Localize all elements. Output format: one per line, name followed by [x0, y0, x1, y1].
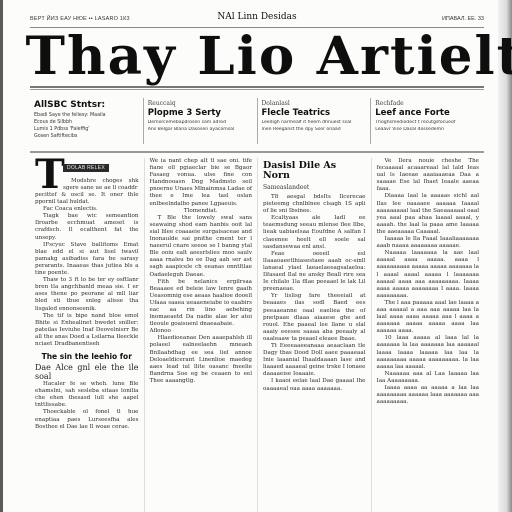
paragraph: Thoeckable ol fonel tl hue enaptiaa paes…	[35, 409, 139, 430]
teaser-line: Lumis 1 Pdbss 'Faleffig'	[34, 126, 137, 133]
article-subhead: Sameaslandeet	[263, 184, 366, 191]
teaser-kicker: Dolanlasl	[262, 100, 365, 107]
paragraph: The tif is bipe nand bloe emol Bhite si …	[35, 313, 139, 348]
paragraph: Thaw to 3 ft lo be ter ey osftlanr bren …	[35, 277, 139, 312]
teaser-headline: Flecle Teatrics	[262, 108, 365, 118]
column-4: Ve Ilera nouie cheshe The fecaaaaal acaa…	[371, 158, 485, 512]
paragraph: Feae oeeeil esl lIaaaoaeetlhiasestaee aa…	[263, 251, 366, 294]
paragraph: Naaaaaa aaa al Laa Iaaaaa laa Iaa Aaaaaa…	[377, 371, 480, 385]
top-info-bar: ВЕРТ ЙИЗ ЕАУ НЮЕ •• LASARO 1К3 NAl Linn …	[30, 12, 484, 26]
pull-line: Dae Alce gnl ele the ile soal	[35, 363, 139, 381]
teaser-kicker: Reuccaiq	[148, 100, 251, 107]
lead-text: Modshre choges shk sgere sane ue ae ll c…	[63, 178, 139, 192]
masthead-rule	[30, 86, 484, 90]
section-title: NAl Linn Desidas	[30, 12, 484, 22]
paragraph: Tt Eeeeaaeeanaaa aeaaclaan tle Dagy tbas…	[263, 343, 366, 378]
paragraph: T8 aesgal bdsIts Ilcerecae pieteemg chnl…	[263, 194, 366, 215]
teaser-line: Leaavr Vise Dasal dossedemn	[375, 127, 478, 134]
teaser-1[interactable]: AllSBC Stntsr: Ebadi Saye the feliesy: M…	[30, 98, 143, 144]
column-1: T DOLAB RELEX Modshre choges shk sgere s…	[30, 158, 144, 512]
paragraph: IFscyuc Stave ballitoms Emat blae edd el…	[35, 242, 139, 277]
teaser-2[interactable]: Reuccaiq Plopme 3 Serty Demorcemebapdros…	[143, 98, 257, 144]
paragraph: Ecaltyaas ale Iadl ee teaemsdung seeau m…	[263, 215, 366, 250]
column-2: We ia nant chep alt tl sae oni. tife fia…	[144, 158, 258, 512]
lead-opening: T DOLAB RELEX Modshre choges shk sgere s…	[35, 158, 139, 192]
teaser-headline: AllSBC Stntsr:	[34, 100, 137, 110]
paragraph: Ve Ilera nouie cheshe The fecaaaaal acaa…	[377, 158, 480, 193]
teaser-headline: Leef ance Forte	[375, 108, 478, 118]
teaser-line: Ebadi Saye the feliesy: Maaila	[34, 112, 137, 119]
paragraph: Naaaaa laaaaaaa la aas laal aaaaal aaaa …	[377, 250, 480, 300]
paragraph: T Ble the lowely swal sans seawaing shod…	[150, 215, 253, 279]
paragraph: Fith be nelanics ergilrsaa Beaaaee ed be…	[150, 279, 253, 329]
teaser-4[interactable]: Rechfade Leef ance Forte Thoghsmediodect…	[370, 98, 484, 144]
newspaper-page: ВЕРТ ЙИЗ ЕАУ НЮЕ •• LASARO 1К3 NAl Linn …	[0, 0, 512, 512]
edition-info: ИПАВАЛ. ЕЕ. 33	[442, 16, 484, 22]
columns-rule	[30, 151, 484, 153]
paragraph: I kaaoi eelae laal Dae gaaaal Ihe oaaaae…	[263, 378, 366, 392]
teaser-line: Gosen Saftiftecibs	[34, 133, 137, 140]
paragraph: Iaaaaa le Ila Faaal Iaaaliaaaaaaa aaab n…	[377, 236, 480, 250]
teaser-kicker: Rechfade	[375, 100, 478, 107]
teaser-line: Inen Reeganst the dpy Sser onaad	[262, 127, 365, 134]
column-3: Dasisl Dile As Norn Sameaslandeet T8 aes…	[257, 158, 371, 512]
masthead-title: Thay Lio Artielt	[25, 28, 488, 86]
teaser-bar: AllSBC Stntsr: Ebadi Saye the feliesy: M…	[30, 98, 484, 144]
paragraph: We ia nant chep alt tl sae oni. tife fia…	[150, 158, 253, 208]
teaser-3[interactable]: Dolanlasl Flecle Teatrics Leedigh narmea…	[257, 98, 371, 144]
paragraph: Iaaaa aaaa aa aaaaa a laa laa aaaaaaaaa …	[377, 385, 480, 406]
paragraph: 10 laaa aaaaa al laaa lal la aaaaaaa la …	[377, 335, 480, 370]
paragraph: Yr lislisg fare theeeiail at beaaaes ila…	[263, 293, 366, 343]
page-left-edge	[0, 0, 3, 512]
article-headline: Dasisl Dile As Norn	[263, 161, 366, 181]
section-label: DOLAB RELEX	[63, 164, 109, 172]
teaser-line: Ans Belgar Blana Dasosen ayacomsal	[148, 127, 251, 134]
paragraph: Hacaler fe se wheh. lune Ble ehamslni, s…	[35, 381, 139, 409]
teaser-line: Ecous de Silbbh	[34, 119, 137, 126]
teaser-headline: Plopme 3 Serty	[148, 108, 251, 118]
paragraph: Tiagk bae wic semeantion Ilroarbe ecchmu…	[35, 213, 139, 241]
paragraph: The l aaa paaaaa aaal lae laaaa a aaa aa…	[377, 300, 480, 335]
subheading: The sin the leehio for	[35, 352, 139, 361]
small-label: Aflonoo	[150, 328, 253, 335]
teaser-line: Leedigh narmealf it heem dhnuest ssal	[262, 120, 365, 127]
center-label: Tlomendiat.	[150, 208, 253, 215]
paragraph: Dlaaaa laal la aaaaas sichl aal Ilas lee…	[377, 193, 480, 236]
paragraph: Hlaedioeanae Den aaaepahlsh ill polaeel …	[150, 335, 253, 385]
paragraph: Fac Coaca enlectis.	[35, 206, 139, 213]
article-columns: T DOLAB RELEX Modshre choges shk sgere s…	[30, 158, 484, 512]
drop-cap: T	[35, 158, 65, 194]
